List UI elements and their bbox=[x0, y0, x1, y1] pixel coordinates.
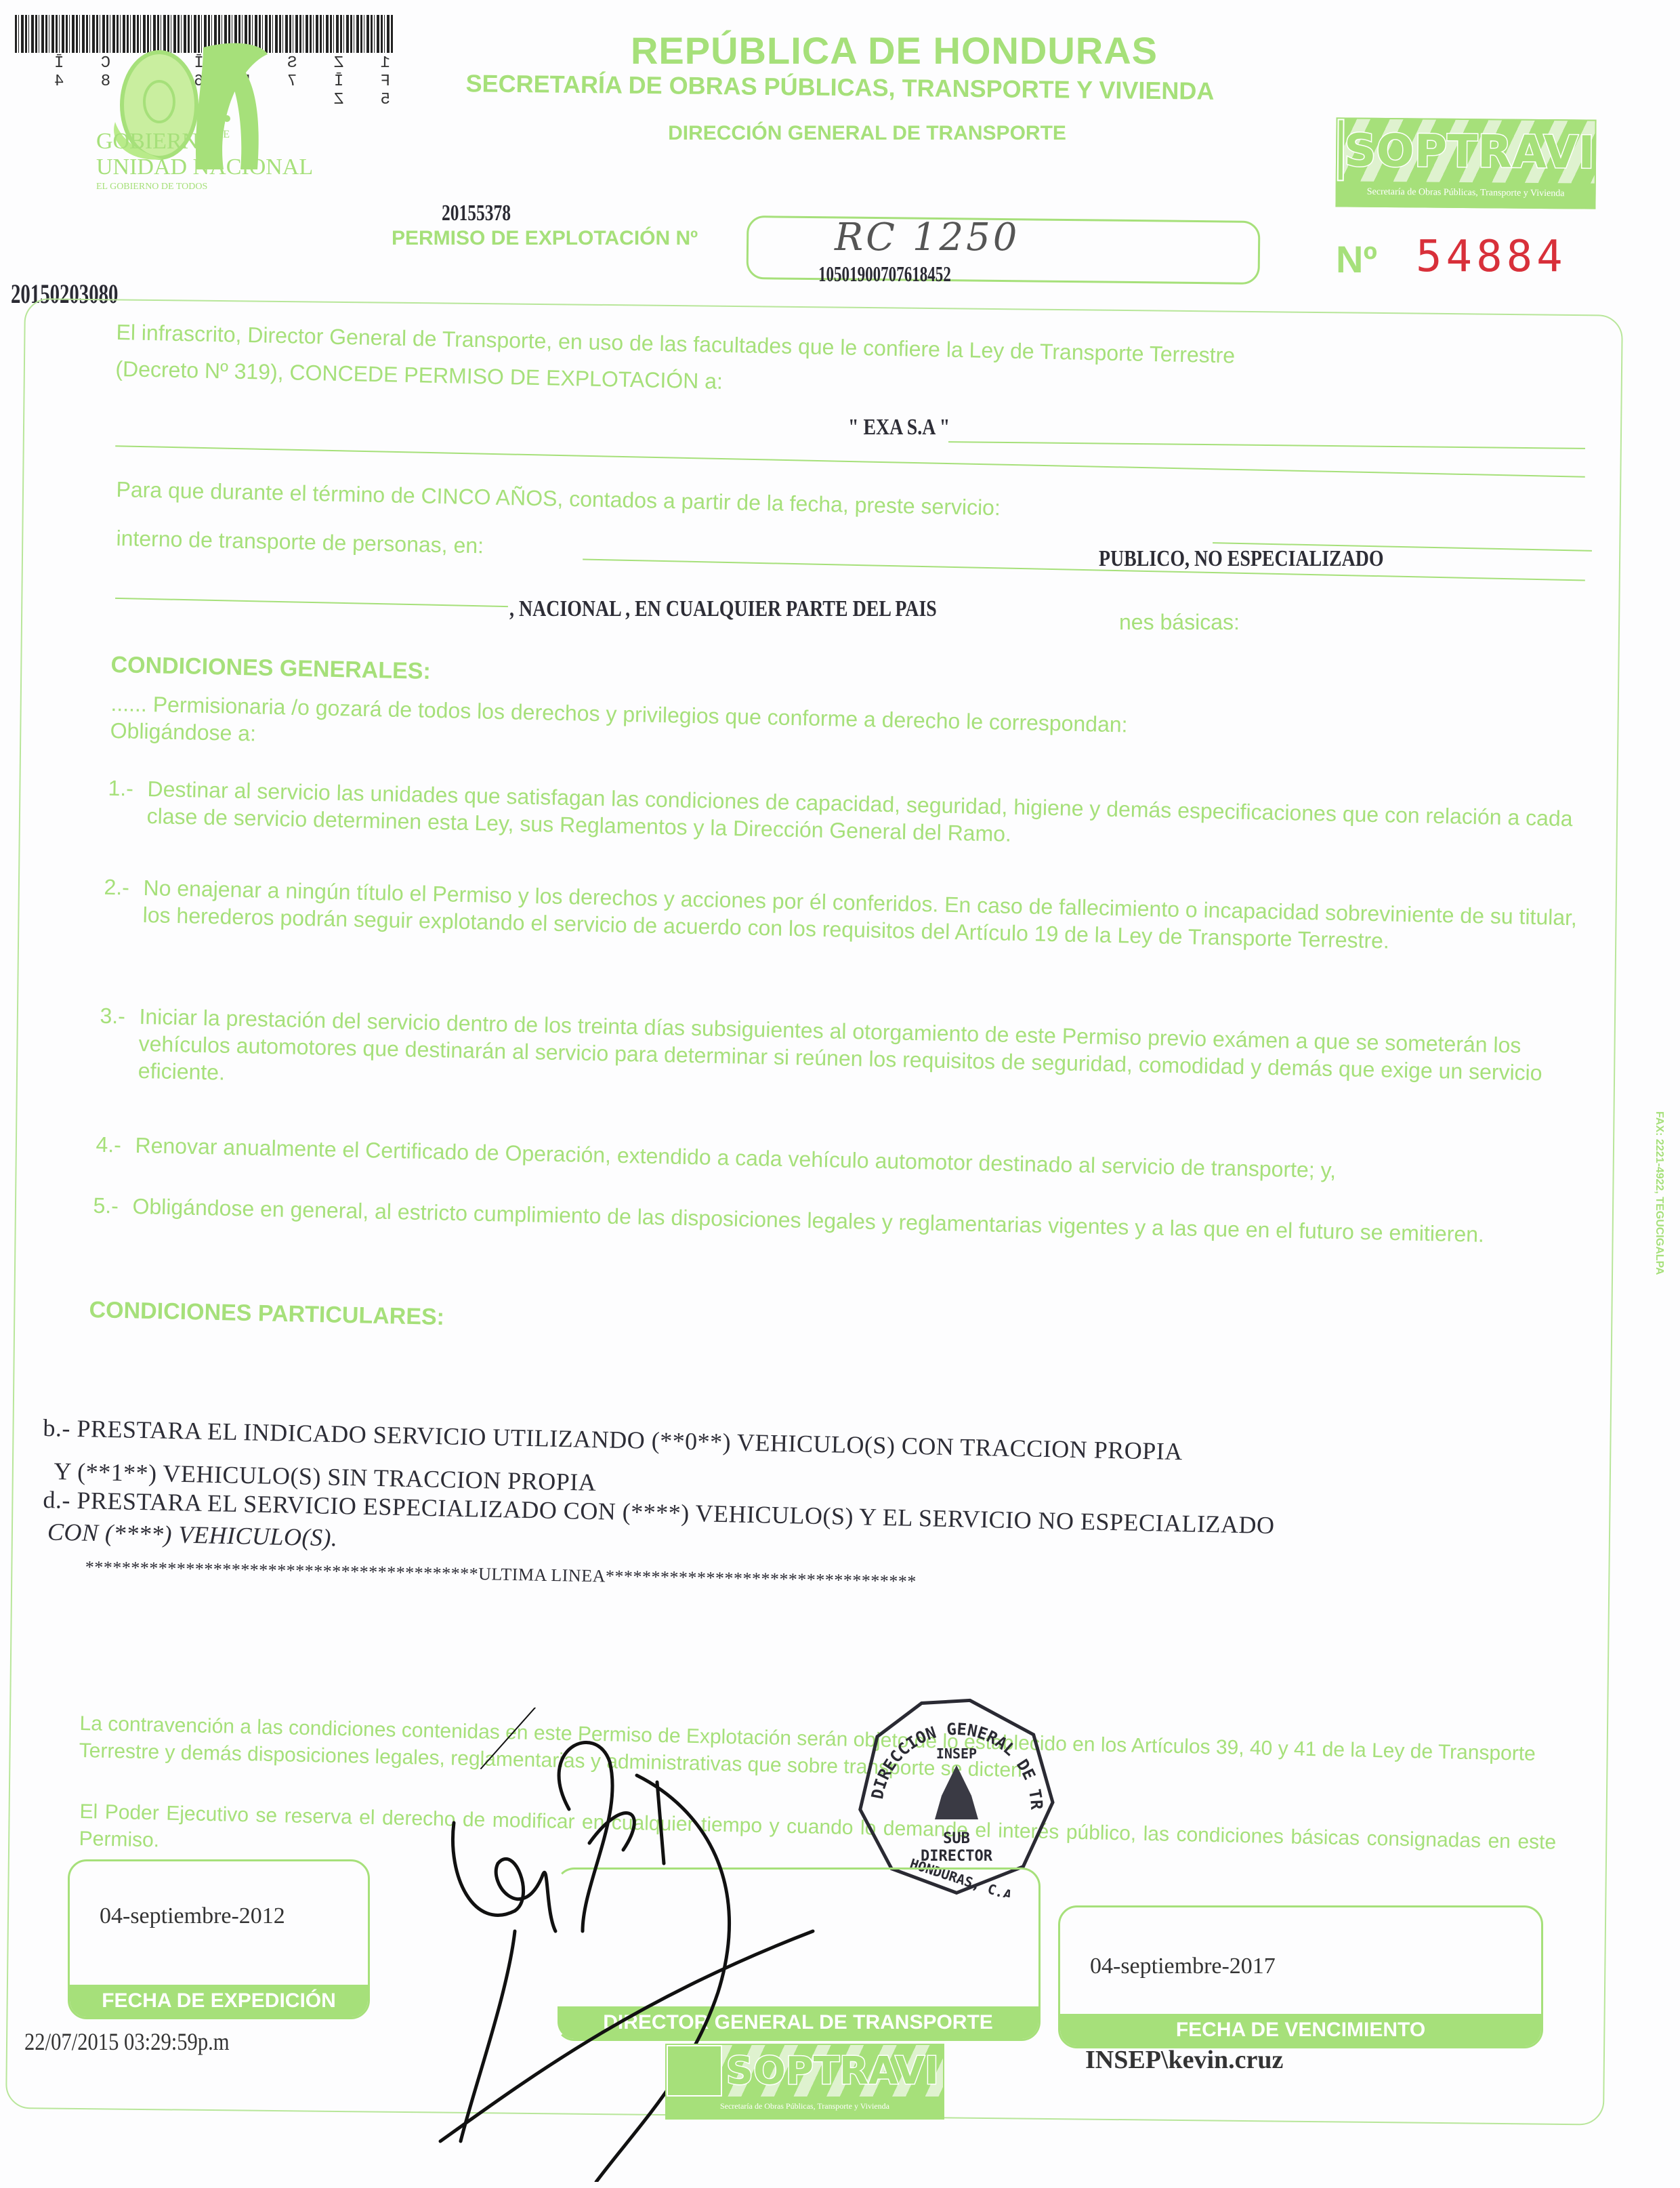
particular-condition-line4: CON (****) VEHICULO(S). bbox=[47, 1518, 338, 1552]
permit-stamp-number: 20155378 bbox=[442, 201, 511, 226]
print-timestamp: 22/07/2015 03:29:59p.m bbox=[24, 2027, 230, 2056]
serial-number-label: Nº bbox=[1336, 237, 1377, 281]
soptravi-caption: Secretaría de Obras Públicas, Transporte… bbox=[667, 2097, 943, 2115]
permit-number-handwritten: RC 1250 bbox=[835, 215, 1020, 260]
service-type: PUBLICO, NO ESPECIALIZADO bbox=[1099, 546, 1384, 572]
soptravi-emblem-icon bbox=[667, 2045, 722, 2097]
service-scope: , NACIONAL , EN CUALQUIER PARTE DEL PAIS bbox=[509, 596, 937, 622]
official-stamp-icon: DIRECCION GENERAL DE TRANSPORTE INSEP SU… bbox=[855, 1694, 1058, 1897]
government-logo-line3: EL GOBIERNO DE TODOS bbox=[96, 182, 207, 192]
serial-number: 54884 bbox=[1416, 232, 1567, 282]
expiry-date-box: 04-septiembre-2017 FECHA DE VENCIMIENTO bbox=[1058, 1905, 1543, 2048]
soptravi-wordmark: SOPTRAVI bbox=[1344, 124, 1595, 178]
grantee-name: " EXA S.A " bbox=[848, 415, 950, 440]
permit-number-label: PERMISO DE EXPLOTACIÓN Nº bbox=[392, 227, 698, 250]
stamp-inner-mid: SUB bbox=[943, 1830, 970, 1847]
scope-trailing-text: nes básicas: bbox=[1119, 608, 1240, 636]
stamp-inner-top: INSEP bbox=[936, 1746, 977, 1762]
side-contact-text: FAX: 2221-4922, TEGUCIGALPA bbox=[1653, 1111, 1665, 1275]
soptravi-caption: Secretaría de Obras Públicas, Transporte… bbox=[1337, 181, 1594, 205]
soptravi-wordmark: SOPTRAVI bbox=[722, 2049, 943, 2093]
expiry-date: 04-septiembre-2017 bbox=[1090, 1954, 1276, 1979]
issuing-user: INSEP\kevin.cruz bbox=[1085, 2045, 1283, 2075]
permit-code: 10501900707618452 bbox=[818, 262, 951, 287]
soptravi-logo-footer: SOPTRAVI Secretaría de Obras Públicas, T… bbox=[665, 2044, 944, 2120]
soptravi-logo: SOPTRAVI Secretaría de Obras Públicas, T… bbox=[1335, 117, 1596, 209]
issue-date-label: FECHA DE EXPEDICIÓN bbox=[70, 1985, 368, 2017]
government-logo-line2: UNIDAD NACIONAL bbox=[96, 154, 313, 180]
document-title: REPÚBLICA DE HONDURAS bbox=[0, 28, 1680, 73]
expiry-date-label: FECHA DE VENCIMIENTO bbox=[1060, 2014, 1541, 2046]
issue-date-box: 04-septiembre-2012 FECHA DE EXPEDICIÓN bbox=[68, 1859, 370, 2019]
issue-date: 04-septiembre-2012 bbox=[100, 1903, 285, 1929]
